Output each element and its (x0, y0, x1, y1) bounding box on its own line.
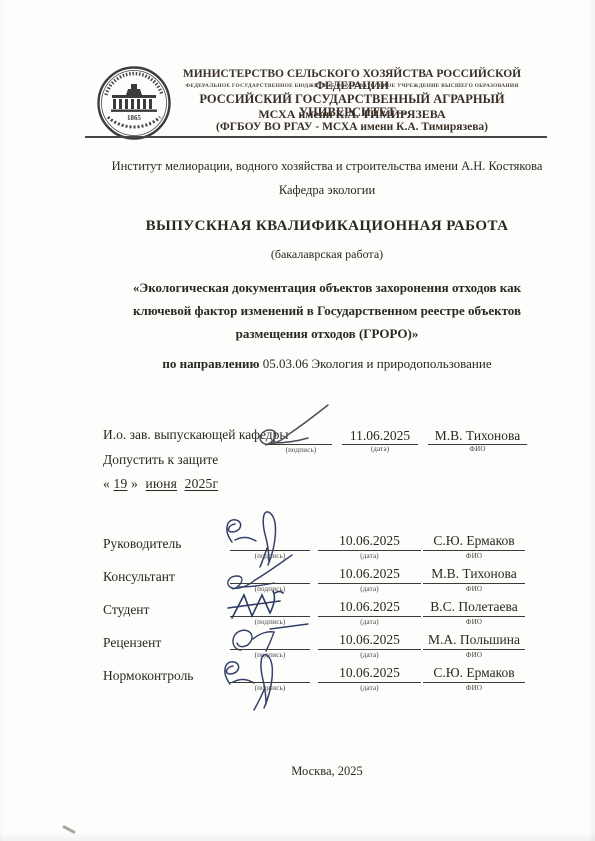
approval-admit: Допустить к защите (103, 452, 218, 468)
date-sublabel: (дата) (318, 552, 421, 560)
header-divider (85, 136, 547, 138)
approval-date-cell: 11.06.2025 (дата) (342, 428, 418, 458)
signature-sublabel: (подпись) (270, 446, 332, 454)
signatory-role: Консультант (103, 569, 175, 585)
thesis-title-line1: «Экологическая документация объектов зах… (62, 276, 592, 300)
department-name: Кафедра экологии (62, 183, 592, 198)
signature-sublabel: (подпись) (230, 684, 310, 692)
signature-sublabel: (подпись) (230, 618, 310, 626)
study-direction-label: по направлению (162, 356, 259, 371)
signatory-row: Нормоконтроль (подпись) 10.06.2025 (дата… (0, 666, 595, 700)
signatory-role: Руководитель (103, 536, 181, 552)
name-cell: С.Ю. Ермаков ФИО (423, 534, 525, 567)
date-sublabel: (дата) (318, 618, 421, 626)
signatory-date: 10.06.2025 (318, 665, 421, 681)
name-cell: В.С. Полетаева ФИО (423, 600, 525, 633)
defense-date: « 19 » июня 2025г (103, 476, 218, 492)
name-sublabel: ФИО (423, 618, 525, 626)
name-sublabel: ФИО (423, 585, 525, 593)
signatory-date: 10.06.2025 (318, 533, 421, 549)
signature-cell: (подпись) (230, 666, 310, 699)
signature-sublabel: (подпись) (230, 585, 310, 593)
name-sublabel: ФИО (423, 651, 525, 659)
signatory-date: 10.06.2025 (318, 566, 421, 582)
defense-month: июня (146, 476, 178, 491)
signature-cell: (подпись) (230, 534, 310, 567)
signatory-row: Руководитель (подпись) 10.06.2025 (дата)… (0, 534, 595, 568)
date-cell: 10.06.2025 (дата) (318, 534, 421, 567)
signature-sublabel: (подпись) (230, 552, 310, 560)
signatory-name: М.В. Тихонова (423, 566, 525, 582)
date-cell: 10.06.2025 (дата) (318, 567, 421, 600)
scan-artifact (62, 825, 76, 834)
thesis-title-line2: ключевой фактор изменений в Государствен… (62, 299, 592, 323)
university-name-line2: МСХА имени К.А. ТИМИРЯЗЕВА (156, 108, 548, 120)
date-cell: 10.06.2025 (дата) (318, 633, 421, 666)
signatory-row: Консультант (подпись) 10.06.2025 (дата) … (0, 567, 595, 601)
thesis-title-page: 1865 МИНИСТЕРСТВО СЕЛЬСКОГО ХОЗЯЙСТВА РО… (0, 0, 595, 841)
approval-date: 11.06.2025 (342, 428, 418, 444)
defense-quote-open: « (103, 476, 110, 491)
date-sublabel: (дата) (318, 651, 421, 659)
signatory-date: 10.06.2025 (318, 632, 421, 648)
defense-year: 2025г (185, 476, 219, 491)
signatory-name: М.А. Польшина (423, 632, 525, 648)
study-direction: по направлению 05.03.06 Экология и приро… (62, 356, 592, 372)
work-type-heading: ВЫПУСКНАЯ КВАЛИФИКАЦИОННАЯ РАБОТА (62, 218, 592, 235)
date-cell: 10.06.2025 (дата) (318, 666, 421, 699)
signature-cell: (подпись) (230, 567, 310, 600)
name-sublabel: ФИО (428, 445, 527, 453)
signatory-role: Нормоконтроль (103, 668, 193, 684)
name-cell: М.А. Польшина ФИО (423, 633, 525, 666)
signatory-row: Студент (подпись) 10.06.2025 (дата) В.С.… (0, 600, 595, 634)
date-sublabel: (дата) (318, 684, 421, 692)
study-direction-value: 05.03.06 Экология и природопользование (263, 356, 492, 371)
footer-city-year: Москва, 2025 (62, 764, 592, 779)
signature-sublabel: (подпись) (230, 651, 310, 659)
approval-name-cell: М.В. Тихонова ФИО (428, 428, 527, 458)
date-cell: 10.06.2025 (дата) (318, 600, 421, 633)
name-cell: С.Ю. Ермаков ФИО (423, 666, 525, 699)
seal-year: 1865 (127, 114, 142, 122)
approval-signature-cell: (подпись) (270, 428, 332, 458)
signatory-name: С.Ю. Ермаков (423, 533, 525, 549)
federal-institution-line: ФЕДЕРАЛЬНОЕ ГОСУДАРСТВЕННОЕ БЮДЖЕТНОЕ ОБ… (156, 84, 548, 89)
approval-name: М.В. Тихонова (428, 428, 527, 444)
name-sublabel: ФИО (423, 684, 525, 692)
signatory-date: 10.06.2025 (318, 599, 421, 615)
date-sublabel: (дата) (318, 585, 421, 593)
institute-name: Институт мелиорации, водного хозяйства и… (62, 159, 592, 174)
thesis-title-line3: размещения отходов (ГРОРО)» (62, 322, 592, 346)
defense-day: 19 (114, 476, 128, 491)
defense-quote-close: » (131, 476, 138, 491)
signatory-row: Рецензент (подпись) 10.06.2025 (дата) М.… (0, 633, 595, 667)
date-sublabel: (дата) (342, 445, 418, 453)
signatory-role: Рецензент (103, 635, 161, 651)
approval-role: И.о. зав. выпускающей кафедры (103, 427, 289, 443)
signatory-name: В.С. Полетаева (423, 599, 525, 615)
name-cell: М.В. Тихонова ФИО (423, 567, 525, 600)
signature-cell: (подпись) (230, 600, 310, 633)
signature-cell: (подпись) (230, 633, 310, 666)
work-subtype: (бакалаврская работа) (62, 247, 592, 262)
name-sublabel: ФИО (423, 552, 525, 560)
signatory-role: Студент (103, 602, 149, 618)
university-abbreviation: (ФГБОУ ВО РГАУ - МСХА имени К.А. Тимиряз… (156, 122, 548, 134)
signatory-name: С.Ю. Ермаков (423, 665, 525, 681)
